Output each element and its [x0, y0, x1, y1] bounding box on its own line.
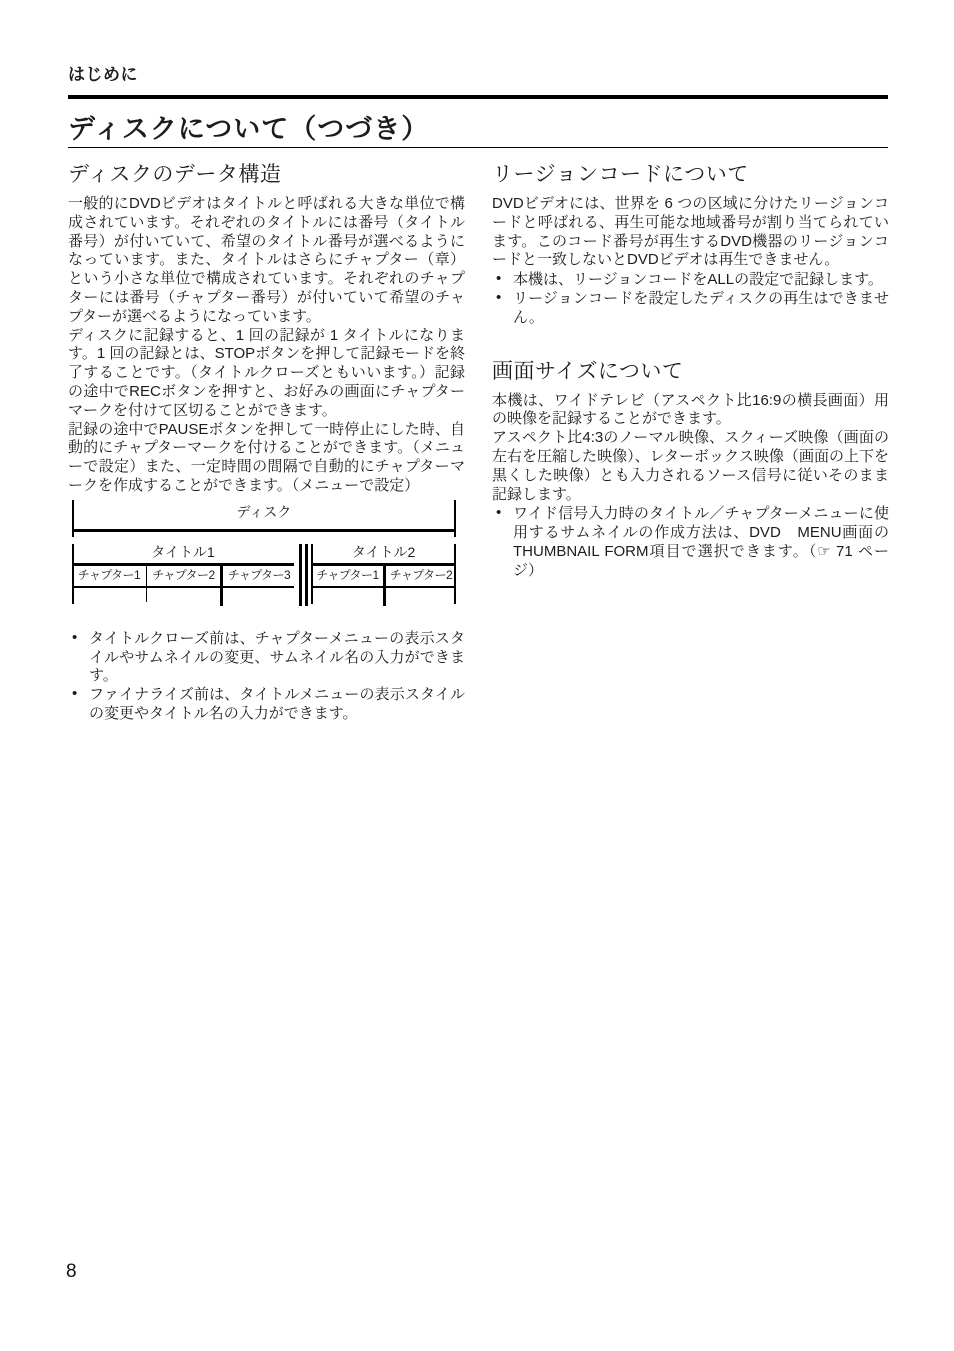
list-item: • ワイド信号入力時のタイトル／チャプターメニューに使用するサムネイルの作成方法… — [492, 505, 889, 580]
title-underline — [68, 147, 888, 148]
diagram-line — [311, 586, 456, 588]
bullet-icon: • — [496, 504, 501, 523]
diagram-label-title2: タイトル2 — [311, 544, 456, 560]
section-heading-region-code: リージョンコードについて — [492, 162, 889, 188]
diagram-line — [72, 586, 294, 588]
list-item-text: リージョンコードを設定したディスクの再生はできません。 — [513, 290, 889, 326]
right-column: リージョンコードについて DVDビデオには、世界を 6 つの区域に分けたリージョ… — [492, 162, 889, 581]
bullet-icon: • — [72, 629, 77, 648]
disc-structure-diagram: ディスク タイトル1 チャプター1 チャプター2 チャプター3 タイトル2 チャ… — [72, 500, 456, 618]
diagram-label-title1: タイトル1 — [72, 544, 294, 560]
page-number: 8 — [66, 1261, 77, 1283]
manual-page: はじめに ディスクについて（つづき） ディスクのデータ構造 一般的にDVDビデオ… — [0, 0, 954, 1351]
list-item-text: ワイド信号入力時のタイトル／チャプターメニューに使用するサムネイルの作成方法は、… — [513, 505, 889, 578]
diagram-label-disc: ディスク — [72, 504, 456, 520]
diagram-line — [72, 529, 456, 532]
section-heading-screen-size: 画面サイズについて — [492, 359, 889, 385]
paragraph: アスペクト比4:3のノーマル映像、スクィーズ映像（画面の左右を圧縮した映像）、レ… — [492, 429, 889, 504]
diagram-separator — [299, 544, 302, 606]
diagram-separator — [305, 544, 308, 606]
paragraph: DVDビデオには、世界を 6 つの区域に分けたリージョンコードと呼ばれる、再生可… — [492, 195, 889, 270]
paragraph: 一般的にDVDビデオはタイトルと呼ばれる大きな単位で構成されています。それぞれの… — [68, 195, 465, 327]
list-item: • 本機は、リージョンコードをALLの設定で記録します。 — [492, 271, 889, 290]
paragraph: 本機は、ワイドテレビ（アスペクト比16:9の横長画面）用の映像を記録することがで… — [492, 392, 889, 430]
list-item-text: ファイナライズ前は、タイトルメニューの表示スタイルの変更やタイトル名の入力ができ… — [89, 686, 465, 722]
list-item: • ファイナライズ前は、タイトルメニューの表示スタイルの変更やタイトル名の入力が… — [68, 686, 465, 724]
diagram-label-t1-chapter2: チャプター2 — [148, 568, 219, 582]
diagram-tick — [146, 565, 147, 602]
page-title: ディスクについて（つづき） — [68, 107, 429, 146]
bullet-icon: • — [496, 289, 501, 308]
section-heading-disc-structure: ディスクのデータ構造 — [68, 162, 465, 188]
note-list: • 本機は、リージョンコードをALLの設定で記録します。 • リージョンコードを… — [492, 271, 889, 327]
paragraph: ディスクに記録すると、1 回の記録が 1 タイトルになります。1 回の記録とは、… — [68, 327, 465, 421]
bullet-icon: • — [72, 685, 77, 704]
paragraph: 記録の途中でPAUSEボタンを押して一時停止にした時、自動的にチャプターマークを… — [68, 421, 465, 496]
left-column: ディスクのデータ構造 一般的にDVDビデオはタイトルと呼ばれる大きな単位で構成さ… — [68, 162, 465, 724]
diagram-label-t2-chapter2: チャプター2 — [386, 568, 456, 582]
list-item-text: タイトルクローズ前は、チャプターメニューの表示スタイルやサムネイルの変更、サムネ… — [89, 630, 465, 685]
diagram-label-t1-chapter3: チャプター3 — [224, 568, 294, 582]
header-rule — [68, 95, 888, 99]
list-item-text: 本機は、リージョンコードをALLの設定で記録します。 — [513, 271, 883, 288]
diagram-tick — [454, 544, 456, 604]
list-item: • リージョンコードを設定したディスクの再生はできません。 — [492, 290, 889, 328]
diagram-label-t2-chapter1: チャプター1 — [312, 568, 383, 582]
note-list: • タイトルクローズ前は、チャプターメニューの表示スタイルやサムネイルの変更、サ… — [68, 630, 465, 724]
list-item: • タイトルクローズ前は、チャプターメニューの表示スタイルやサムネイルの変更、サ… — [68, 630, 465, 686]
diagram-line — [72, 563, 294, 566]
note-list: • ワイド信号入力時のタイトル／チャプターメニューに使用するサムネイルの作成方法… — [492, 505, 889, 580]
diagram-label-t1-chapter1: チャプター1 — [73, 568, 145, 582]
bullet-icon: • — [496, 270, 501, 289]
chapter-header: はじめに — [68, 60, 138, 85]
